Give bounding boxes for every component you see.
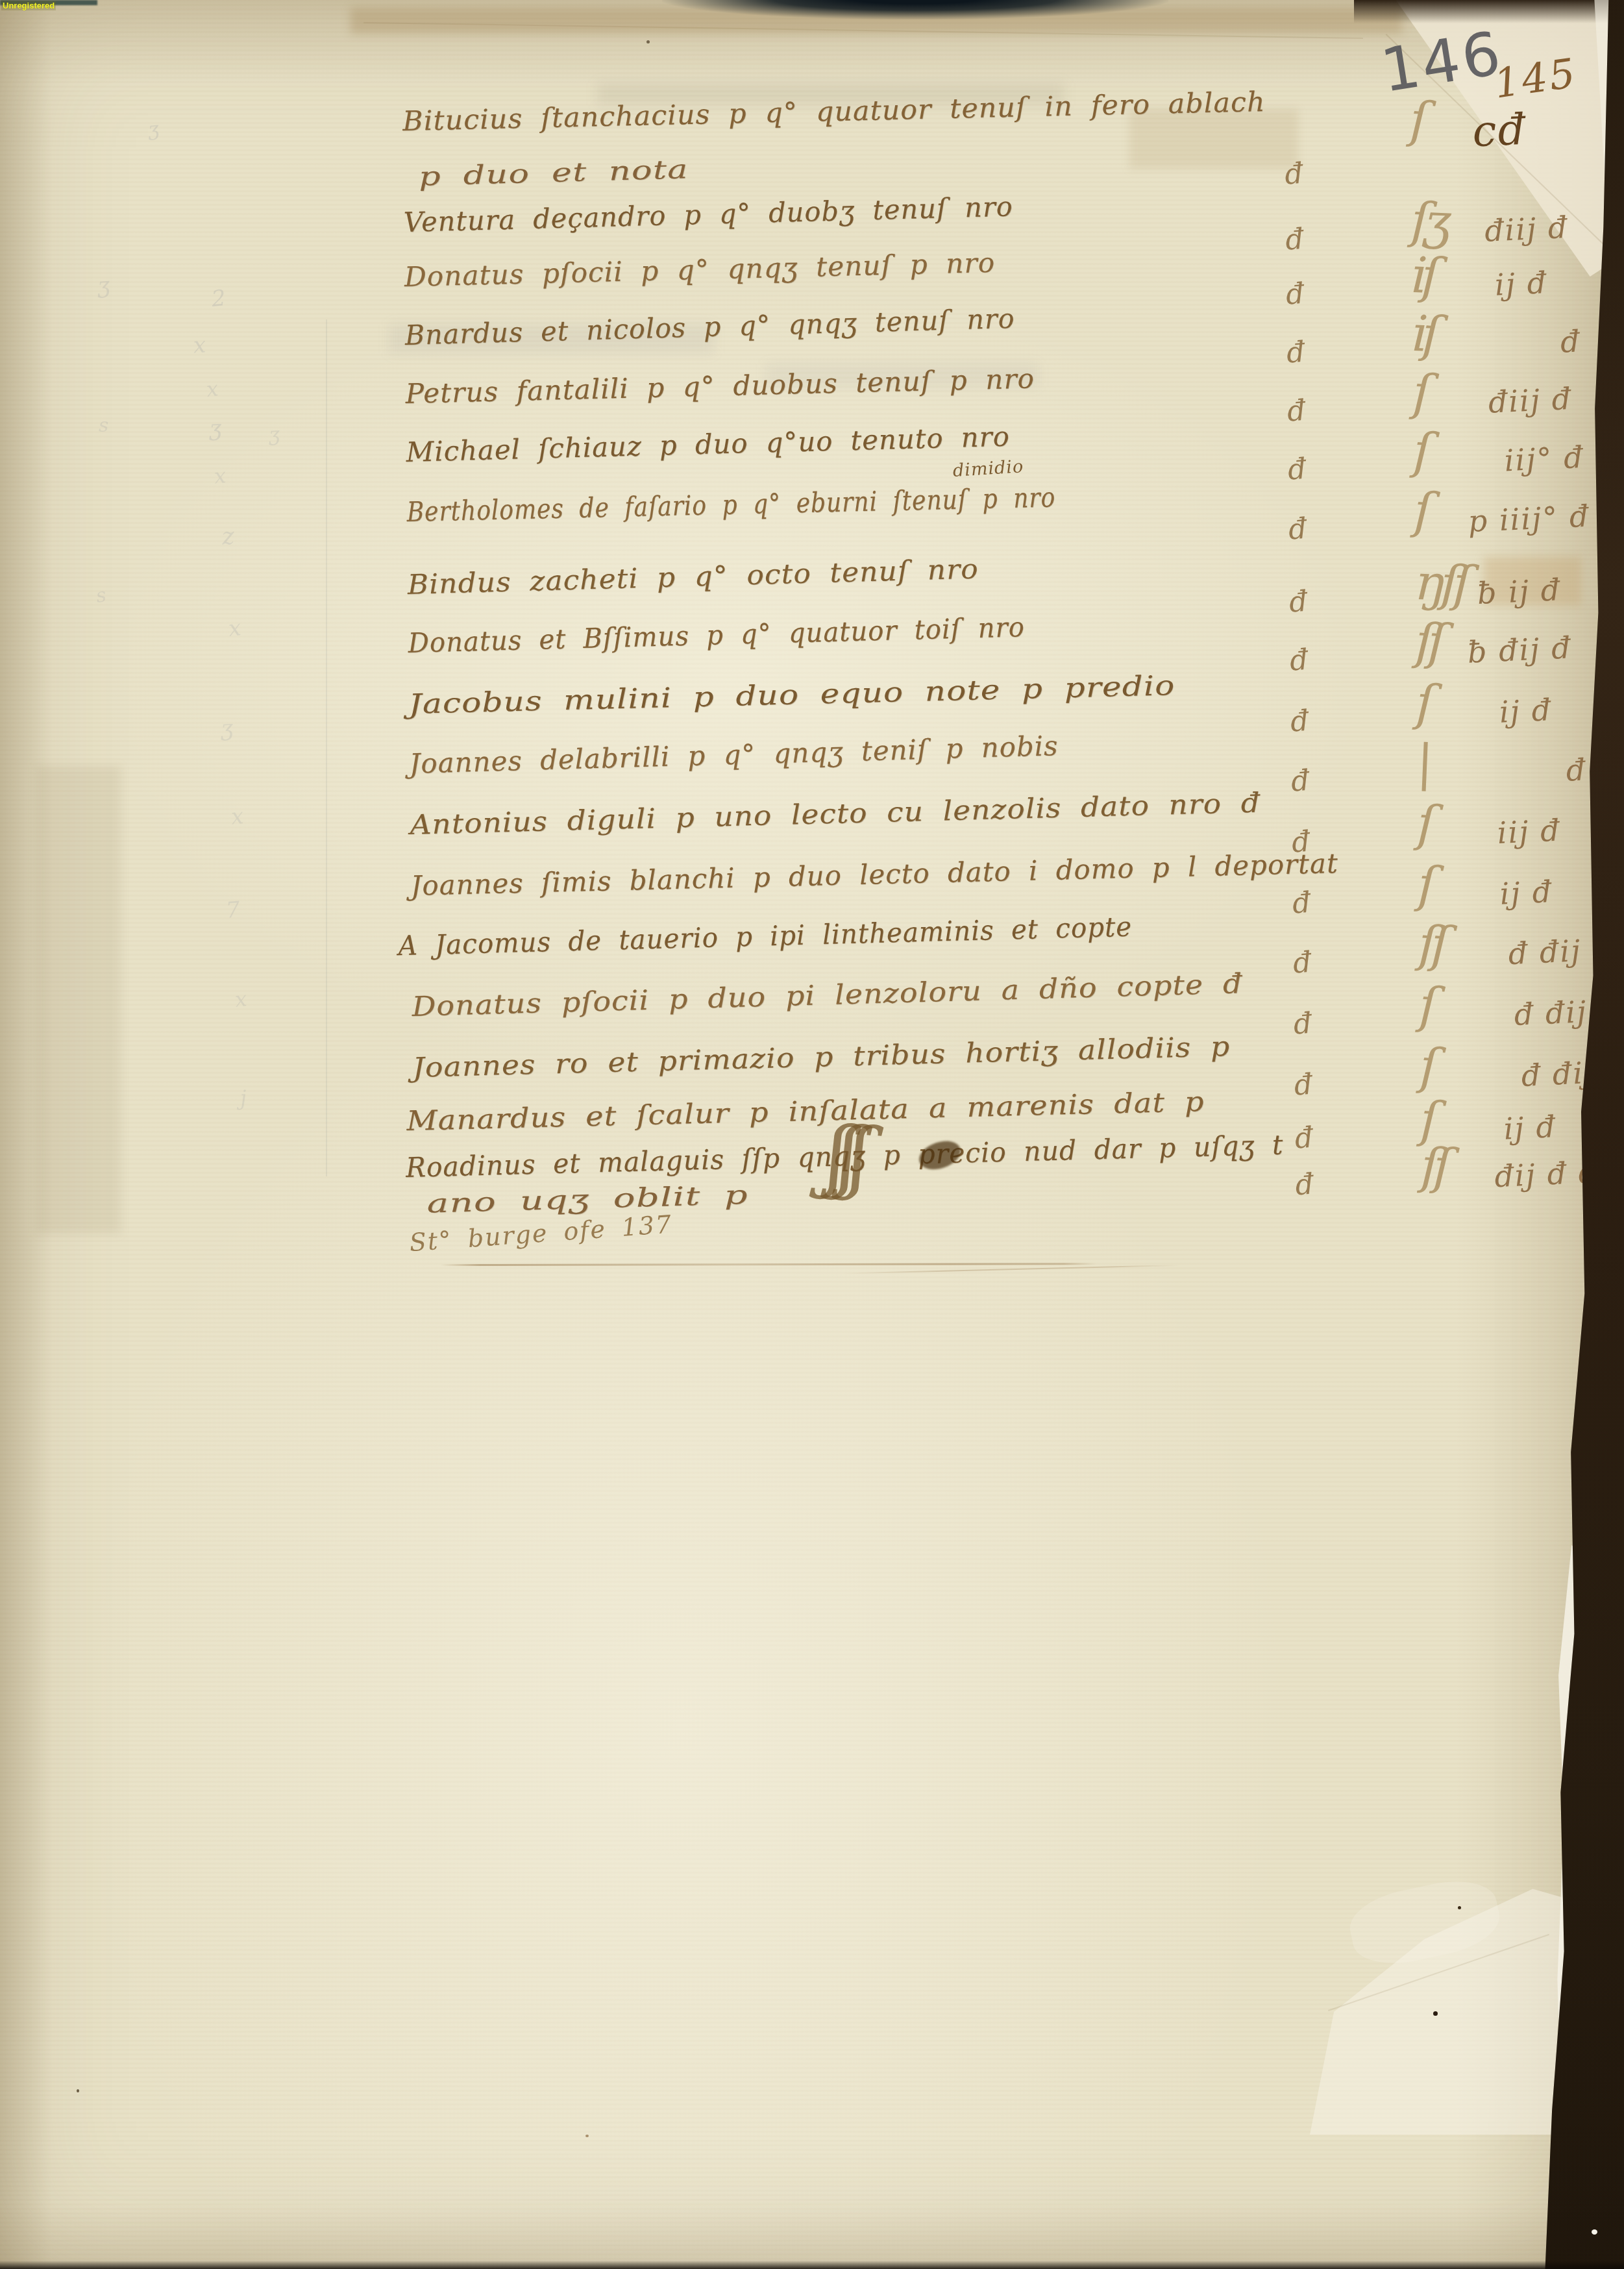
cancellation-strokes: ʃʃʃ: [824, 1109, 863, 1203]
manuscript-scan-page: 146 145 St° burge ofe 137 ʃʃʃ Bitucius ſ…: [0, 0, 1624, 2269]
denarius-mark: đ: [1287, 512, 1308, 547]
denarius-mark: đ: [1286, 453, 1307, 487]
unregistered-watermark: Unregistered: [1, 1, 56, 10]
bottom-edge-shadow: [0, 2261, 1624, 2269]
denarius-mark: đ: [1288, 643, 1309, 678]
manuscript-line: Michael ſchiauz p duo q°uo tenuto nro: [406, 421, 1010, 468]
manuscript-line: A Jacomus de tauerio p ipi lintheaminis …: [398, 911, 1133, 962]
speck: [1433, 2011, 1438, 2016]
amount-annotation: điij đ: [1488, 381, 1573, 420]
denarius-mark: đ: [1291, 886, 1312, 921]
tally-flourish: ſ: [1412, 363, 1427, 421]
tally-flourish: iſ: [1410, 246, 1435, 304]
denarius-mark: đ: [1292, 946, 1312, 980]
amount-annotation: iij đ: [1497, 813, 1562, 850]
manuscript-line: Bindus zacheti p q° octo tenuſ nro: [407, 552, 979, 601]
tally-flourish: ſ: [1417, 855, 1432, 913]
footer-underline: [843, 1265, 1181, 1274]
denarius-mark: đ: [1292, 1007, 1313, 1041]
line-subscript: ano uqʒ oblit p: [426, 1180, 748, 1219]
denarius-mark: đ: [1286, 394, 1307, 428]
amount-annotation: đ đij: [1514, 994, 1588, 1032]
speck: [1592, 2229, 1597, 2235]
amount-annotation: đ: [1560, 323, 1582, 359]
tally-flourish: ſ: [1415, 673, 1430, 732]
amount-annotation: ij đ: [1499, 874, 1553, 911]
denarius-mark: đ: [1294, 1121, 1314, 1155]
denarius-mark: đ: [1293, 1068, 1314, 1102]
amount-annotation: ij đ: [1503, 1109, 1556, 1147]
tally-flourish: |: [1416, 733, 1429, 791]
manuscript-line: Antonius diguli p uno lecto cu lenzolis …: [410, 787, 1261, 841]
manuscript-line: Ventura deçandro p q° duobʒ tenuſ nro: [403, 190, 1013, 238]
tally-flourish: ſ: [1413, 481, 1428, 539]
tally-flourish: ŋſſ: [1414, 553, 1467, 613]
line-subscript: p duo et nota: [419, 155, 689, 192]
manuscript-line: Jacobus mulini p duo equo note p predio: [408, 669, 1175, 720]
manuscript-line: Bertholomes de faſario p q° eburni ſtenu…: [406, 481, 1056, 528]
denarius-mark: đ: [1285, 336, 1306, 370]
top-right-edge-shadow: [1354, 0, 1624, 23]
manuscript-line: Bnardus et nicolos p q° qnqʒ tenuſ nro: [404, 303, 1015, 351]
tally-flourish: ſſ: [1420, 1137, 1447, 1196]
manuscript-line: Donatus pſocii p duo pi lenzoloru a dño …: [412, 967, 1243, 1023]
amount-annotation: đ: [1566, 752, 1588, 787]
amount-annotation: iij° đ: [1504, 440, 1585, 478]
amount-annotation: ij đ: [1499, 692, 1553, 730]
manuscript-line: Donatus et Bſſimus p q° quatuor toiſ nro: [408, 611, 1025, 659]
manuscript-text-block: St° burge ofe 137 ʃʃʃ Bitucius ſtanchaci…: [0, 0, 1624, 2269]
amount-annotation: ƀ đij đ: [1467, 630, 1573, 669]
speck: [1458, 1906, 1461, 1909]
speck: [646, 40, 650, 43]
tally-flourish: ſ: [1416, 794, 1431, 852]
manuscript-line: Joannes ſimis blanchi p duo lecto dato i…: [410, 847, 1338, 902]
denarius-mark: đ: [1290, 764, 1310, 799]
manuscript-line: Bitucius ſtanchacius p q° quatuor tenuſ …: [402, 86, 1266, 137]
tally-flourish: ſʒ: [1410, 191, 1447, 250]
manuscript-line: Petrus fantalili p q° duobus tenuſ p nro: [405, 362, 1035, 410]
denarius-mark: đ: [1285, 277, 1305, 312]
footer-underline: [441, 1263, 1096, 1266]
manuscript-line: Donatus pſocii p q° qnqʒ tenuſ p nro: [404, 247, 995, 293]
denarius-mark: đ: [1283, 157, 1304, 192]
tally-flourish: ſ: [1412, 421, 1427, 480]
tally-flourish: ſſ: [1414, 612, 1442, 671]
denarius-mark: đ: [1284, 223, 1305, 257]
amount-annotation: ij đ: [1494, 265, 1548, 303]
tally-flourish: ſ: [1418, 976, 1433, 1034]
tally-flourish: ſ: [1419, 1037, 1434, 1095]
speck: [77, 2089, 79, 2092]
denarius-mark: đ: [1294, 1167, 1315, 1202]
amount-annotation: đ đij: [1508, 933, 1582, 971]
tally-flourish: ſſ: [1418, 915, 1445, 974]
amount-annotation: ƀ ij đ: [1477, 572, 1562, 611]
top-edge-shadow: [662, 0, 1168, 19]
denarius-mark: đ: [1289, 704, 1310, 739]
manuscript-line: Manardus et ſcalur p inſalata a marenis …: [406, 1085, 1205, 1137]
denarius-mark: đ: [1288, 585, 1309, 619]
tally-flourish: iſ: [1411, 304, 1436, 363]
dimidio-superscript: dimidio: [952, 456, 1024, 481]
amount-annotation: p iiij° đ: [1468, 499, 1591, 539]
manuscript-line: Joannes delabrilli p q° qnqʒ teniſ p nob…: [409, 730, 1059, 780]
amount-annotation: điij đ: [1484, 210, 1569, 249]
manuscript-line: Joannes ro et primazio p tribus hortiʒ a…: [412, 1030, 1231, 1084]
speck: [585, 2135, 589, 2137]
amount-annotation: cđ: [1471, 104, 1528, 156]
